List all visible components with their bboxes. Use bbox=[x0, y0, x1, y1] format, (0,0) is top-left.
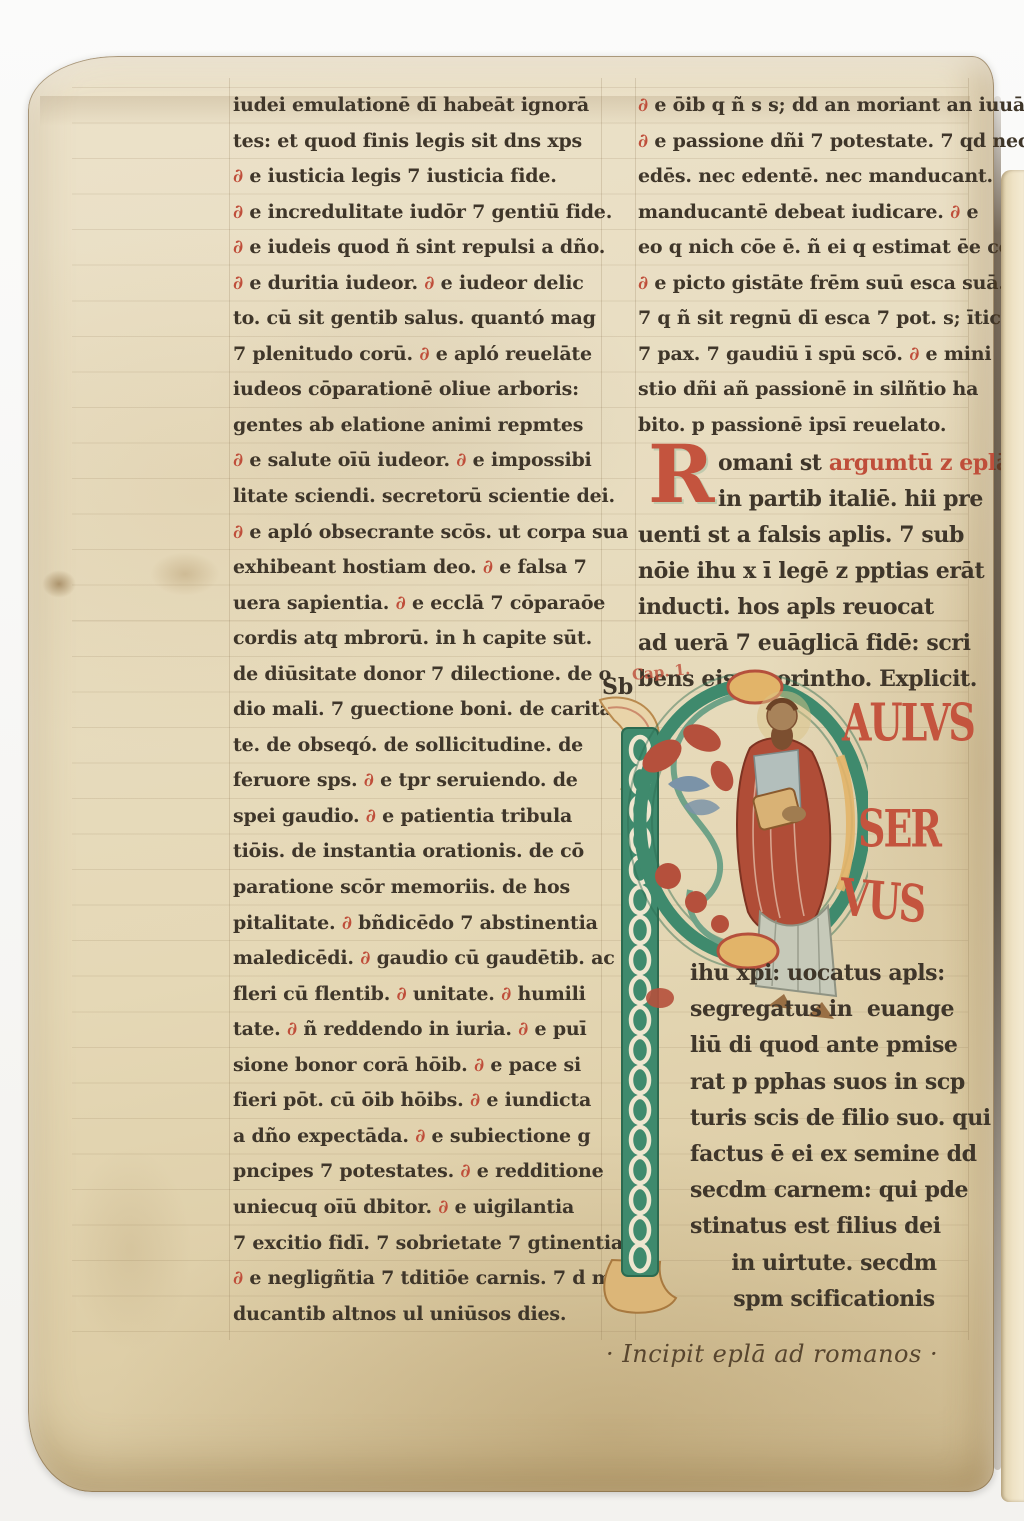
text-line: liū di quod ante pmise bbox=[690, 1028, 978, 1064]
text-line: stio dñi añ passionē in silñtio ha bbox=[638, 372, 972, 408]
text-line: turis scis de filio suo. qui bbox=[690, 1101, 978, 1137]
right-text-column: ∂ e ōib q ñ s s; dd an moriant an iuuāt.… bbox=[638, 88, 972, 443]
text-line: fleri cū flentib. ∂ unitate. ∂ humili bbox=[233, 977, 605, 1013]
text-line: de diūsitate donor 7 dilectione. de o bbox=[233, 657, 605, 693]
text-line: ∂ e passione dñi 7 potestate. 7 qd nec bbox=[638, 124, 972, 160]
text-line: ∂ e incredulitate iudōr 7 gentiū fide. bbox=[233, 195, 605, 231]
text-line: a dño expectāda. ∂ e subiectione g bbox=[233, 1119, 605, 1155]
text-line: maledicēdi. ∂ gaudio cū gaudētib. ac bbox=[233, 941, 605, 977]
text-line: te. de obseqó. de sollicitudine. de bbox=[233, 728, 605, 764]
text-line: inducti. hos apls reuocat bbox=[638, 590, 974, 626]
text-line: uniecuq oīū dbitor. ∂ e uigilantia bbox=[233, 1190, 605, 1226]
text-line: rat p pphas suos in scp bbox=[690, 1065, 978, 1101]
display-word-ser: SER bbox=[858, 798, 940, 859]
text-line: ∂ e apló obsecrante scōs. ut corpa sua bbox=[233, 515, 605, 551]
text-line: ∂ e iudeis quod ñ sint repulsi a dño. bbox=[233, 230, 605, 266]
text-line: sione bonor corā hōib. ∂ e pace si bbox=[233, 1048, 605, 1084]
text-line: to. cū sit gentib salus. quantó mag bbox=[233, 301, 605, 337]
text-line: manducantē debeat iudicare. ∂ e bbox=[638, 195, 972, 231]
text-line: in partib italiē. hii pre bbox=[638, 482, 974, 518]
text-line: iudei emulationē dī habeāt ignorā bbox=[233, 88, 605, 124]
text-line: secdm carnem: qui pde bbox=[690, 1173, 978, 1209]
left-text-column: iudei emulationē dī habeāt ignorā tes: e… bbox=[233, 88, 605, 1332]
display-word-aulus: AULVS bbox=[842, 692, 974, 753]
text-line: in uirtute. secdm bbox=[690, 1246, 978, 1282]
text-line: eo q nich cōe ē. ñ ei q estimat ēe cōe. bbox=[638, 230, 972, 266]
text-line: exhibeant hostiam deo. ∂ e falsa 7 bbox=[233, 550, 605, 586]
text-line: ∂ e ōib q ñ s s; dd an moriant an iuuāt. bbox=[638, 88, 972, 124]
text-line: stinatus est filius dei bbox=[690, 1209, 978, 1245]
text-line: paratione scōr memoriis. de hos bbox=[233, 870, 605, 906]
binding-gutter bbox=[994, 96, 1001, 1470]
text-line: ∂ e picto gistāte frēm suū esca suā. bbox=[638, 266, 972, 302]
incipit-line: · Incipit eplā ad romanos · bbox=[606, 1340, 938, 1368]
text-line: uera sapientia. ∂ e ecclā 7 cōparaōe bbox=[233, 586, 605, 622]
text-line: feruore sps. ∂ e tpr seruiendo. de bbox=[233, 763, 605, 799]
text-line: spei gaudio. ∂ e patientia tribula bbox=[233, 799, 605, 835]
romans-opening-text: ihu xpi: uocatus apls: segregatus in eua… bbox=[690, 956, 978, 1318]
text-line: pitalitate. ∂ bñdicēdo 7 abstinentia bbox=[233, 906, 605, 942]
argumentum-rubric: argumtū z eplā bbox=[829, 450, 1010, 476]
text-line: tes: et quod finis legis sit dns xps bbox=[233, 124, 605, 160]
next-page-edge bbox=[1001, 170, 1024, 1502]
text-line: litate sciendi. secretorū scientie dei. bbox=[233, 479, 605, 515]
text-line: ∂ e negligñtia 7 tditiōe carnis. 7 d man bbox=[233, 1261, 605, 1297]
text-line: factus ē ei ex semine dd bbox=[690, 1137, 978, 1173]
text-line: tate. ∂ ñ reddendo in iuria. ∂ e puī bbox=[233, 1012, 605, 1048]
text-line: segregatus in euange bbox=[690, 992, 978, 1028]
text-line: dio mali. 7 guectione boni. de carita bbox=[233, 692, 605, 728]
text-line: fieri pōt. cū ōib hōibs. ∂ e iundicta bbox=[233, 1083, 605, 1119]
text-line: 7 pax. 7 gaudiū ī spū scō. ∂ e mini bbox=[638, 337, 972, 373]
text-line: 7 excitio fidī. 7 sobrietate 7 gtinentia… bbox=[233, 1226, 605, 1262]
text-line: ducantib altnos ul uniūsos dies. bbox=[233, 1297, 605, 1333]
text-line: ∂ e duritia iudeor. ∂ e iudeor delic bbox=[233, 266, 605, 302]
paul-hand bbox=[782, 806, 806, 822]
text-line: tiōis. de instantia orationis. de cō bbox=[233, 834, 605, 870]
text-line: ad uerā 7 euāglicā fidē: scri bbox=[638, 626, 974, 662]
display-word-vus: VUS bbox=[839, 866, 926, 935]
text-line: spm scificationis bbox=[690, 1282, 978, 1318]
text-line: ihu xpi: uocatus apls: bbox=[690, 956, 978, 992]
text-line: 7 q ñ sit regnū dī esca 7 pot. s; īticia bbox=[638, 301, 972, 337]
text-line: iudeos cōparationē oliue arboris: bbox=[233, 372, 605, 408]
text-line: ∂ e iusticia legis 7 iusticia fide. bbox=[233, 159, 605, 195]
text-line: omani st argumtū z eplā bbox=[638, 446, 974, 482]
text-line: ∂ e salute oīū iudeor. ∂ e impossibi bbox=[233, 443, 605, 479]
text-line: nōie ihu x ī legē z pptias erāt bbox=[638, 554, 974, 590]
text-line: gentes ab elatione animi repmtes bbox=[233, 408, 605, 444]
text-line: cordis atq mbrorū. in h capite sūt. bbox=[233, 621, 605, 657]
text-line: pncipes 7 potestates. ∂ e redditione bbox=[233, 1154, 605, 1190]
text-line: edēs. nec edentē. nec manducant. bbox=[638, 159, 972, 195]
text-line: 7 plenitudo corū. ∂ e apló reuelāte bbox=[233, 337, 605, 373]
argumentum-opening-black: omani st bbox=[718, 450, 829, 476]
manuscript-scan: iudei emulationē dī habeāt ignorā tes: e… bbox=[0, 0, 1024, 1521]
text-line: uenti st a falsis aplis. 7 sub bbox=[638, 518, 974, 554]
